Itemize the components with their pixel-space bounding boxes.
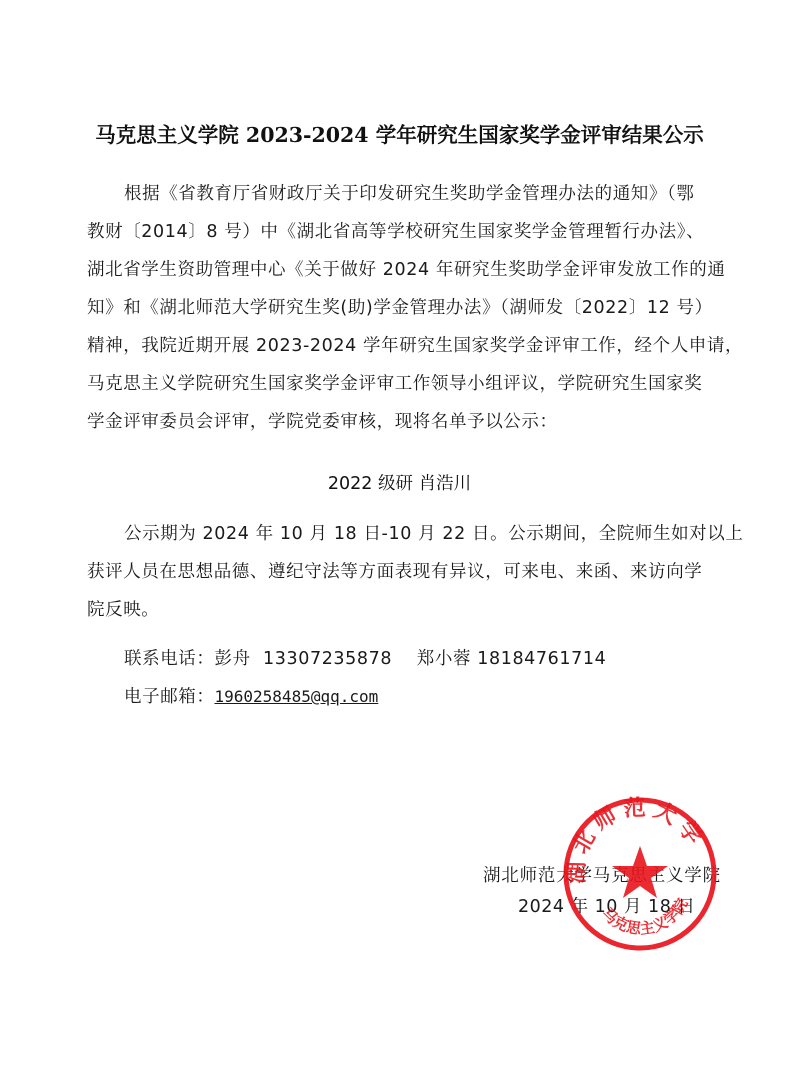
contact-phone[interactable]: 18184761714 — [477, 649, 606, 669]
contact-name: 郑小蓉 — [417, 649, 471, 669]
contact-email-line: 电子邮箱：1960258485@qq.com — [124, 683, 764, 708]
document-page: 马克思主义学院 2023-2024 学年研究生国家奖学金评审结果公示 根据《省教… — [0, 0, 799, 1068]
paragraph-line: 公示期为 2024 年 10 月 18 日-10 月 22 日。公示期间，全院师… — [87, 520, 727, 545]
paragraph-line: 教财〔2014〕8 号）中《湖北省高等学校研究生国家奖学金管理暂行办法》、 — [87, 218, 727, 243]
paragraph-line: 学金评审委员会评审，学院党委审核，现将名单予以公示： — [87, 408, 727, 433]
paragraph-line: 知》和《湖北师范大学研究生奖(助)学金管理办法》（湖师发〔2022〕12 号） — [87, 294, 727, 319]
contact-name: 彭舟 — [215, 649, 251, 669]
email-label: 电子邮箱： — [124, 687, 215, 707]
contact-phone-line: 联系电话：彭舟 13307235878 郑小蓉 18184761714 — [124, 645, 764, 670]
awardee-name: 2022 级研 肖浩川 — [0, 470, 799, 495]
paragraph-line: 根据《省教育厅省财政厅关于印发研究生奖助学金管理办法的通知》（鄂 — [87, 180, 727, 205]
document-title: 马克思主义学院 2023-2024 学年研究生国家奖学金评审结果公示 — [0, 118, 799, 148]
contact-phone[interactable]: 13307235878 — [263, 649, 392, 669]
paragraph-line: 精神，我院近期开展 2023-2024 学年研究生国家奖学金评审工作，经个人申请… — [87, 332, 727, 357]
signature-org: 湖北师范大学马克思主义学院 — [483, 862, 721, 887]
email-link[interactable]: 1960258485@qq.com — [215, 687, 379, 706]
paragraph-line: 院反映。 — [87, 596, 727, 621]
paragraph-line: 马克思主义学院研究生国家奖学金评审工作领导小组评议，学院研究生国家奖 — [87, 370, 727, 395]
paragraph-line: 湖北省学生资助管理中心《关于做好 2024 年研究生奖助学金评审发放工作的通 — [87, 256, 727, 281]
signature-date: 2024 年 10 月 18 日 — [518, 893, 695, 918]
phone-label: 联系电话： — [124, 649, 215, 669]
paragraph-line: 获评人员在思想品德、遵纪守法等方面表现有异议，可来电、来函、来访向学 — [87, 558, 727, 583]
